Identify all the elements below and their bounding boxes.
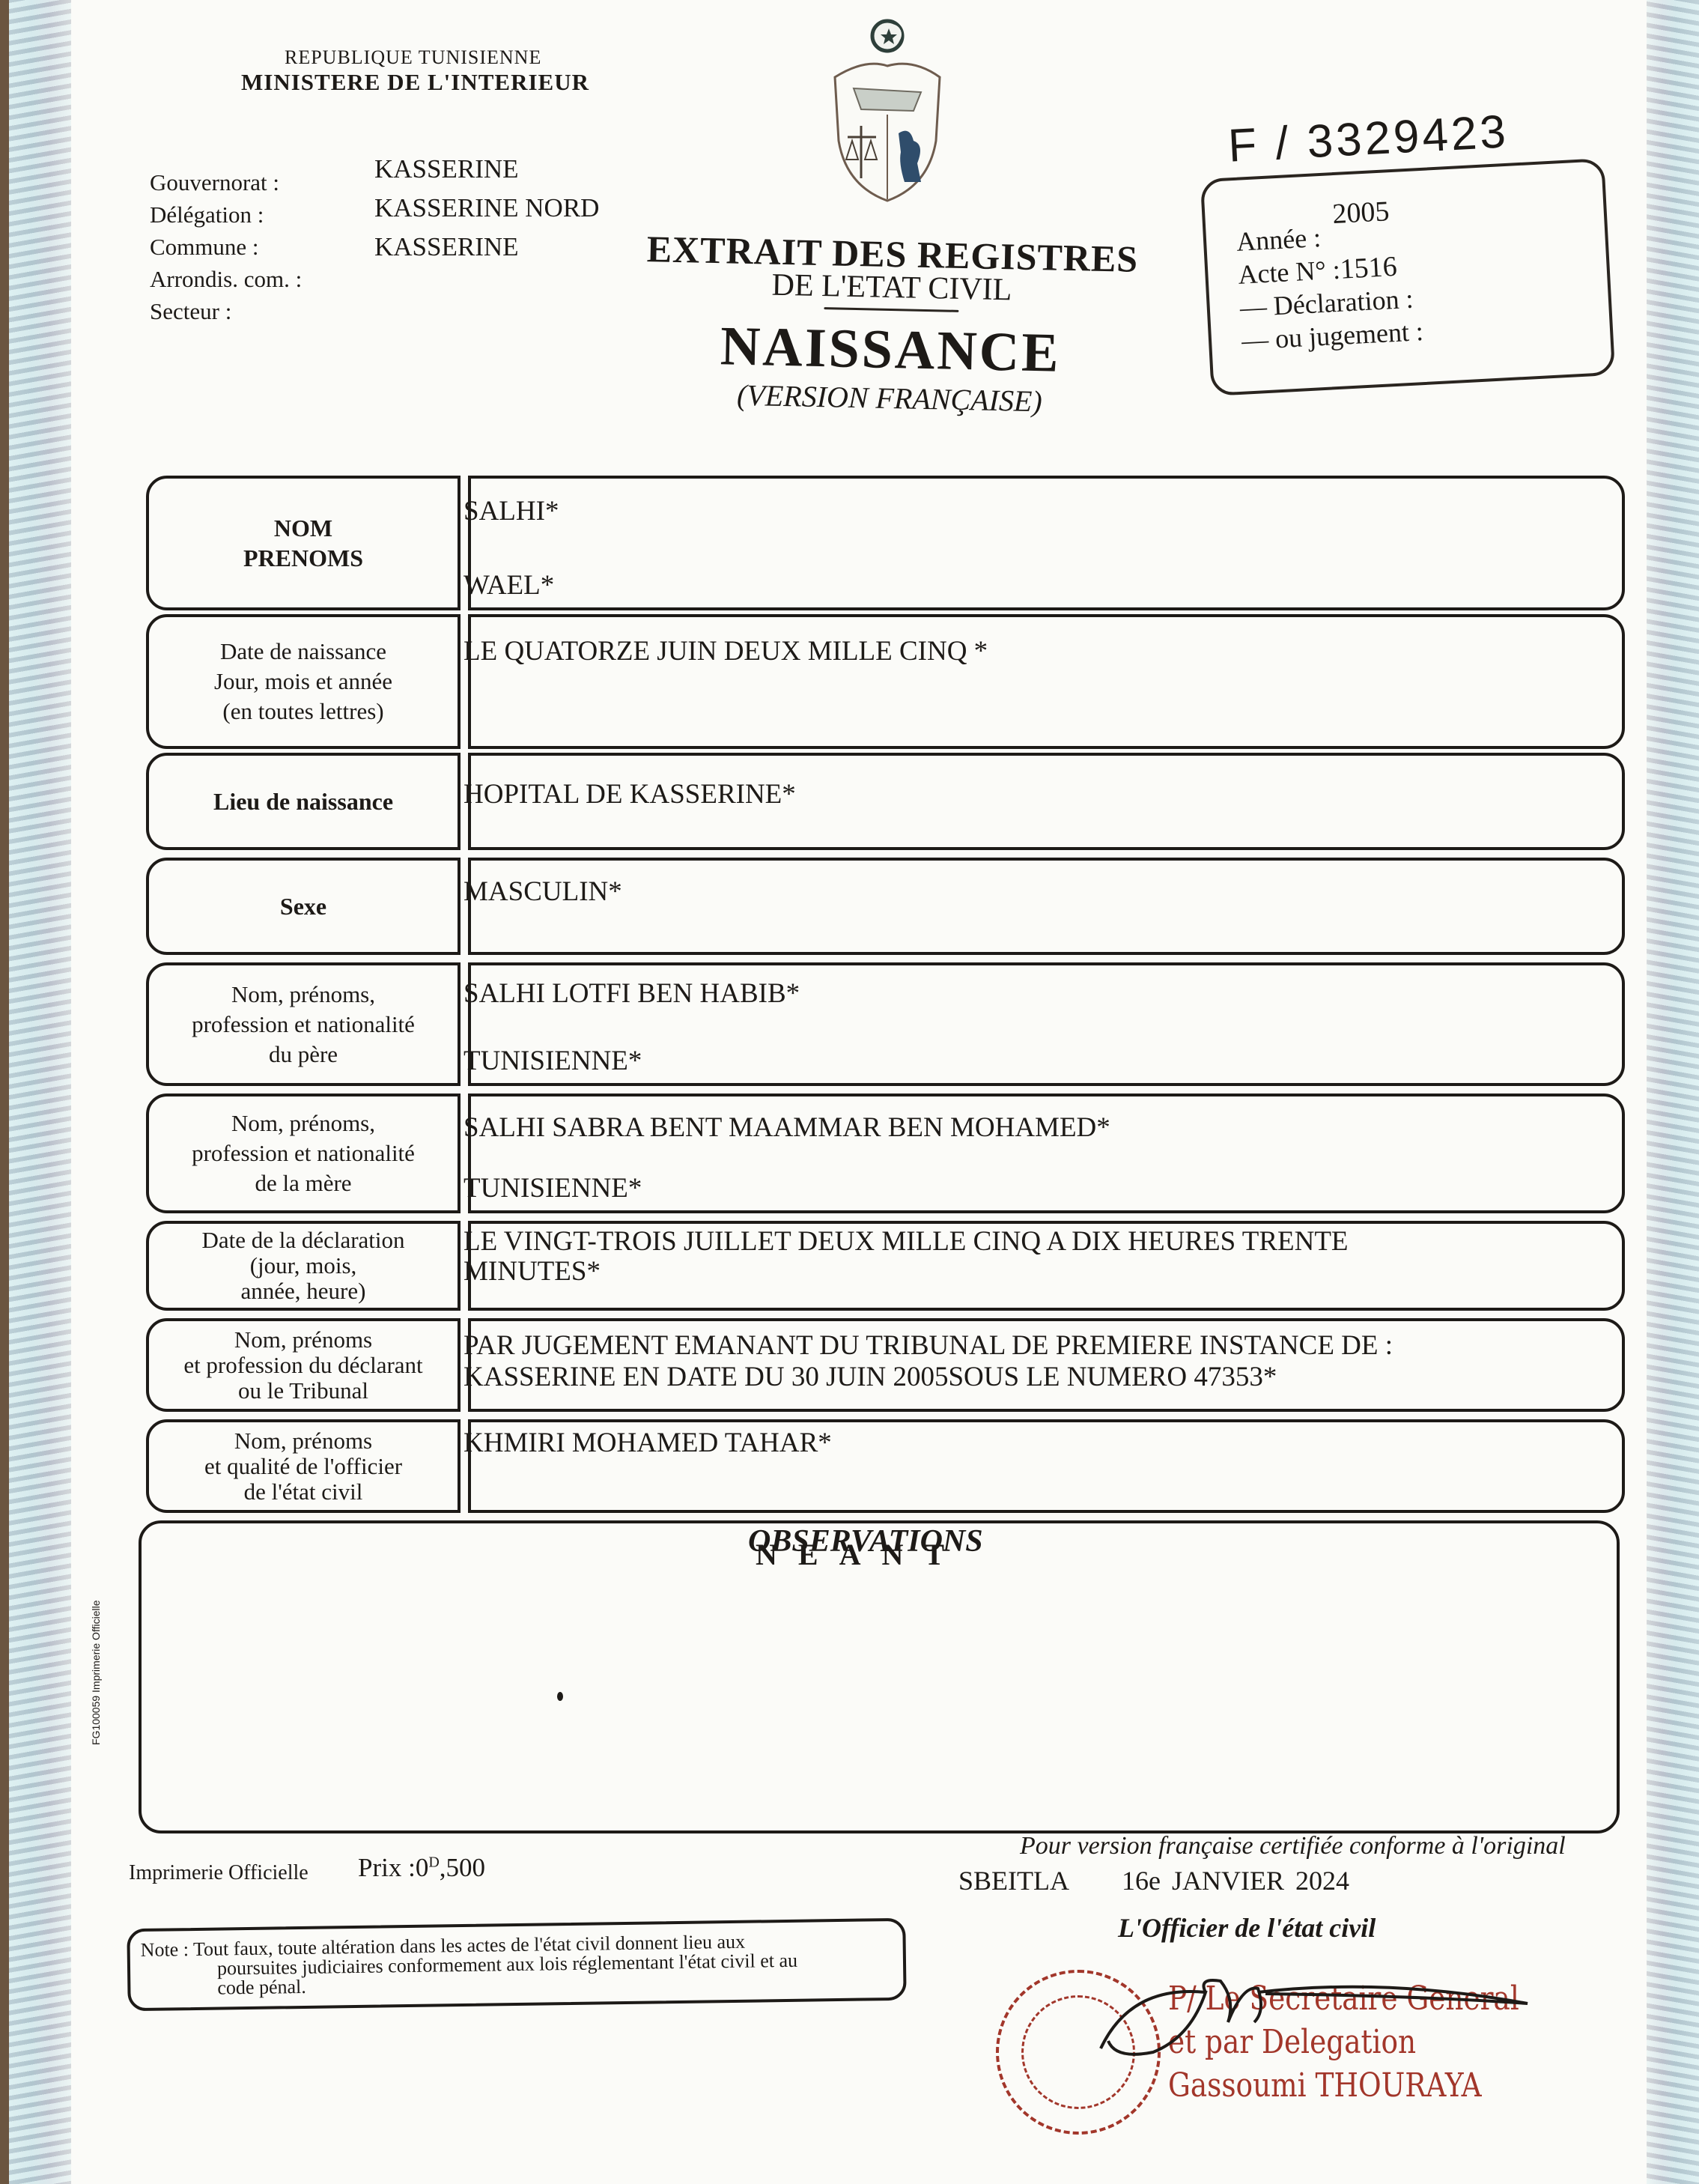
table-row-sexe: Sexe MASCULIN*	[146, 858, 1625, 955]
table-row-pere: Nom, prénoms, profession et nationalité …	[146, 962, 1625, 1086]
legal-note: Note : Tout faux, toute altération dans …	[127, 1918, 906, 2012]
commune-label: Commune :	[150, 231, 302, 263]
security-border-right	[1647, 0, 1699, 2184]
row-label: Nom, prénoms et profession du déclarant …	[146, 1318, 461, 1412]
officer-title: L'Officier de l'état civil	[1118, 1912, 1376, 1944]
table-row-declarant: Nom, prénoms et profession du déclarant …	[146, 1318, 1625, 1412]
table-row-nom: NOM PRENOMS SALHI* WAEL*	[146, 476, 1625, 610]
date-declaration-value-cont: MINUTES*	[463, 1257, 1622, 1287]
issue-date: 16e JANVIER 2024	[1122, 1866, 1349, 1896]
row-label: Nom, prénoms et qualité de l'officier de…	[146, 1419, 461, 1513]
pere-nationalite-value: TUNISIENNE*	[463, 1045, 642, 1077]
row-value: SALHI* WAEL*	[468, 476, 1625, 610]
date-naissance-value: LE QUATORZE JUIN DEUX MILLE CINQ *	[463, 635, 1622, 667]
acte-box: 2005 Année : Acte N° :1516 — Déclaration…	[1200, 158, 1615, 396]
annee-label: Année :	[1236, 222, 1322, 257]
row-value: MASCULIN*	[468, 858, 1625, 955]
row-label: Date de la déclaration (jour, mois, anné…	[146, 1221, 461, 1311]
table-row-mere: Nom, prénoms, profession et nationalité …	[146, 1093, 1625, 1213]
mere-nationalite-value: TUNISIENNE*	[463, 1172, 642, 1204]
table-row-lieu-naissance: Lieu de naissance HOPITAL DE KASSERINE*	[146, 753, 1625, 850]
acte-value: 1516	[1340, 251, 1398, 285]
handwritten-signature-icon	[1086, 1970, 1535, 2082]
declarant-value: PAR JUGEMENT EMANANT DU TRIBUNAL DE PREM…	[463, 1330, 1622, 1362]
ink-dot	[557, 1692, 563, 1701]
title-divider	[824, 307, 958, 312]
commune-value: KASSERINE	[374, 228, 599, 267]
document-title: EXTRAIT DES REGISTRES DE L'ETAT CIVIL NA…	[620, 226, 1163, 421]
admin-values: KASSERINE KASSERINE NORD KASSERINE	[374, 150, 599, 267]
acte-label: Acte N° :	[1237, 255, 1340, 290]
row-value: PAR JUGEMENT EMANANT DU TRIBUNAL DE PREM…	[468, 1318, 1625, 1412]
table-row-date-declaration: Date de la déclaration (jour, mois, anné…	[146, 1221, 1625, 1311]
row-label: NOM PRENOMS	[146, 476, 461, 610]
delegation-label: Délégation :	[150, 198, 302, 231]
row-value: KHMIRI MOHAMED TAHAR*	[468, 1419, 1625, 1513]
row-value: HOPITAL DE KASSERINE*	[468, 753, 1625, 850]
prenom-value: WAEL*	[463, 569, 554, 601]
row-label: Sexe	[146, 858, 461, 955]
coat-of-arms-icon	[824, 13, 951, 208]
gouvernorat-value: KASSERINE	[374, 150, 599, 189]
table-row-date-naissance: Date de naissance Jour, mois et année (e…	[146, 614, 1625, 749]
row-value: LE VINGT-TROIS JUILLET DEUX MILLE CINQ A…	[468, 1221, 1625, 1311]
date-declaration-value: LE VINGT-TROIS JUILLET DEUX MILLE CINQ A…	[463, 1227, 1622, 1257]
place: SBEITLA	[958, 1866, 1069, 1896]
observations-value: NEANT	[756, 1537, 965, 1572]
table-row-officier: Nom, prénoms et qualité de l'officier de…	[146, 1419, 1625, 1513]
delegation-value: KASSERINE NORD	[374, 189, 599, 228]
admin-labels: Gouvernorat : Délégation : Commune : Arr…	[150, 166, 302, 327]
sexe-value: MASCULIN*	[463, 876, 1622, 908]
mere-nom-value: SALHI SABRA BENT MAAMMAR BEN MOHAMED*	[463, 1111, 1622, 1144]
gouvernorat-label: Gouvernorat :	[150, 166, 302, 198]
row-label: Lieu de naissance	[146, 753, 461, 850]
place-date: SBEITLA16e JANVIER 2024	[958, 1865, 1349, 1896]
row-value: SALHI SABRA BENT MAAMMAR BEN MOHAMED* TU…	[468, 1093, 1625, 1213]
pere-nom-value: SALHI LOTFI BEN HABIB*	[463, 977, 1622, 1010]
price: Prix :0D,500	[358, 1853, 485, 1883]
printer-code: FG100059 Imprimerie Officielle	[90, 1601, 102, 1745]
imprimerie-label: Imprimerie Officielle	[129, 1861, 309, 1885]
republic-heading: REPUBLIQUE TUNISIENNE	[285, 46, 541, 69]
row-value: SALHI LOTFI BEN HABIB* TUNISIENNE*	[468, 962, 1625, 1086]
observations-box: OBSERVATIONS NEANT	[139, 1520, 1620, 1833]
row-label: Nom, prénoms, profession et nationalité …	[146, 962, 461, 1086]
certification-text: Pour version française certifiée conform…	[1020, 1832, 1566, 1860]
declarant-value-cont: KASSERINE EN DATE DU 30 JUIN 2005SOUS LE…	[463, 1362, 1622, 1393]
arrondissement-label: Arrondis. com. :	[150, 263, 302, 295]
row-label: Date de naissance Jour, mois et année (e…	[146, 614, 461, 749]
ministry-heading: MINISTERE DE L'INTERIEUR	[241, 69, 589, 96]
row-value: LE QUATORZE JUIN DEUX MILLE CINQ *	[468, 614, 1625, 749]
row-label: Nom, prénoms, profession et nationalité …	[146, 1093, 461, 1213]
lieu-naissance-value: HOPITAL DE KASSERINE*	[463, 778, 1622, 810]
officier-value: KHMIRI MOHAMED TAHAR*	[463, 1427, 1622, 1459]
secteur-label: Secteur :	[150, 295, 302, 327]
nom-value: SALHI*	[463, 495, 1622, 527]
security-border-left	[0, 0, 71, 2184]
